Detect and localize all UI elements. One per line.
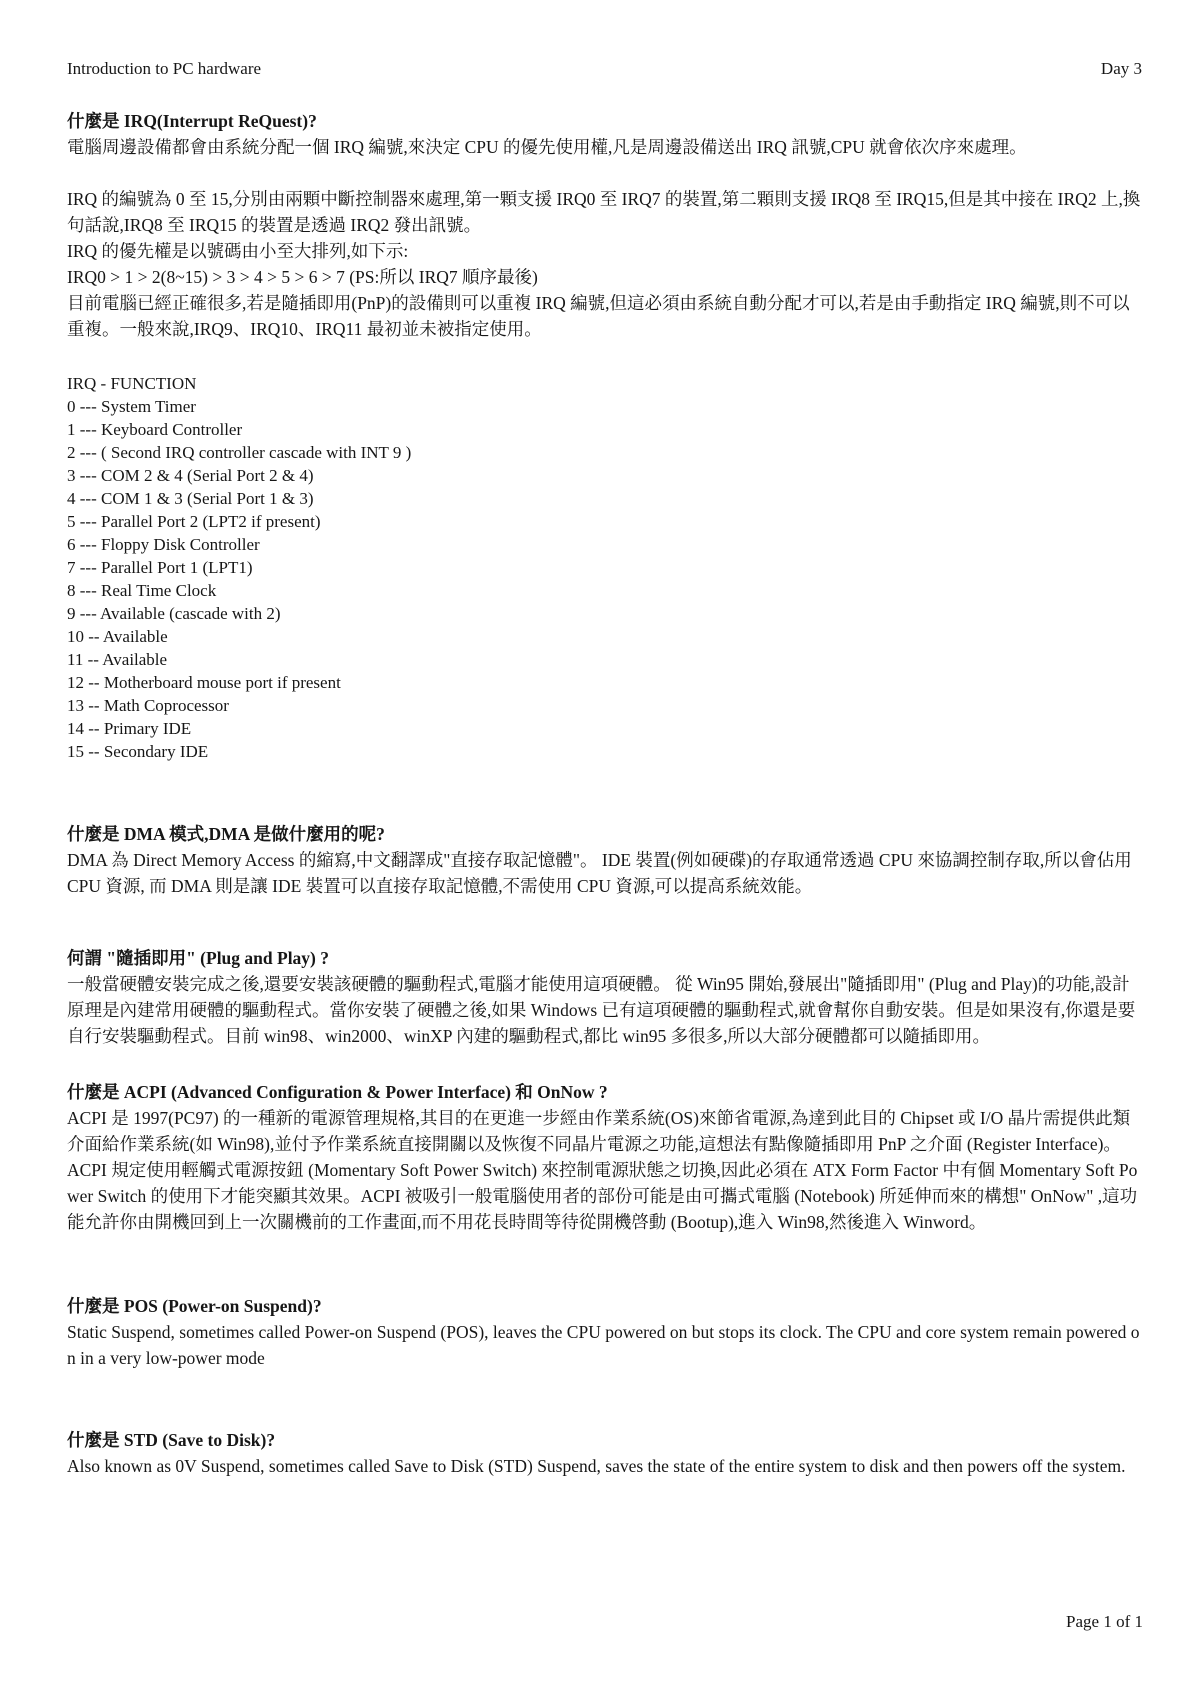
irq-table-row: 6 --- Floppy Disk Controller [67,533,1142,556]
document-title: Introduction to PC hardware [67,58,261,80]
section-pos: 什麼是 POS (Power-on Suspend)? Static Suspe… [67,1293,1142,1371]
section-pnp-heading: 何謂 "隨插即用" (Plug and Play) ? [67,945,1142,971]
page-number: Page 1 of 1 [1066,1612,1143,1632]
irq-priority-order: IRQ0 > 1 > 2(8~15) > 3 > 4 > 5 > 6 > 7 (… [67,264,1142,290]
irq-table-row: 9 --- Available (cascade with 2) [67,602,1142,625]
irq-table-row: 15 -- Secondary IDE [67,740,1142,763]
irq-table-row: 2 --- ( Second IRQ controller cascade wi… [67,441,1142,464]
irq-paragraph-5: 目前電腦已經正確很多,若是隨插即用(PnP)的設備則可以重複 IRQ 編號,但這… [67,290,1142,342]
section-std: 什麼是 STD (Save to Disk)? Also known as 0V… [67,1427,1142,1479]
irq-table-row: 12 -- Motherboard mouse port if present [67,671,1142,694]
irq-table-row: 4 --- COM 1 & 3 (Serial Port 1 & 3) [67,487,1142,510]
irq-table-title: IRQ - FUNCTION [67,372,1142,395]
document-page: Introduction to PC hardware Day 3 什麼是 IR… [0,0,1200,1698]
irq-table-row: 11 -- Available [67,648,1142,671]
section-irq-heading: 什麼是 IRQ(Interrupt ReQuest)? [67,108,1142,134]
irq-table-row: 10 -- Available [67,625,1142,648]
pnp-paragraph: 一般當硬體安裝完成之後,還要安裝該硬體的驅動程式,電腦才能使用這項硬體。 從 W… [67,971,1142,1049]
section-acpi-heading: 什麼是 ACPI (Advanced Configuration & Power… [67,1079,1142,1105]
section-pos-heading: 什麼是 POS (Power-on Suspend)? [67,1293,1142,1319]
document-header: Introduction to PC hardware Day 3 [67,58,1142,80]
irq-table-row: 13 -- Math Coprocessor [67,694,1142,717]
pos-paragraph: Static Suspend, sometimes called Power-o… [67,1319,1142,1371]
irq-table-row: 1 --- Keyboard Controller [67,418,1142,441]
irq-table-row: 8 --- Real Time Clock [67,579,1142,602]
irq-table-row: 0 --- System Timer [67,395,1142,418]
irq-table-row: 3 --- COM 2 & 4 (Serial Port 2 & 4) [67,464,1142,487]
irq-table-list: 0 --- System Timer1 --- Keyboard Control… [67,395,1142,763]
irq-paragraph-1: 電腦周邊設備都會由系統分配一個 IRQ 編號,來決定 CPU 的優先使用權,凡是… [67,134,1142,160]
irq-table-row: 7 --- Parallel Port 1 (LPT1) [67,556,1142,579]
irq-table-row: 5 --- Parallel Port 2 (LPT2 if present) [67,510,1142,533]
header-day-label: Day 3 [1101,58,1142,80]
section-irq-function-table: IRQ - FUNCTION 0 --- System Timer1 --- K… [67,372,1142,763]
section-std-heading: 什麼是 STD (Save to Disk)? [67,1427,1142,1453]
section-dma-heading: 什麼是 DMA 模式,DMA 是做什麼用的呢? [67,821,1142,847]
dma-paragraph: DMA 為 Direct Memory Access 的縮寫,中文翻譯成"直接存… [67,847,1142,899]
section-plug-and-play: 何謂 "隨插即用" (Plug and Play) ? 一般當硬體安裝完成之後,… [67,945,1142,1049]
section-irq: 什麼是 IRQ(Interrupt ReQuest)? 電腦周邊設備都會由系統分… [67,108,1142,342]
acpi-paragraph-2: ACPI 規定使用輕觸式電源按鈕 (Momentary Soft Power S… [67,1157,1142,1235]
irq-table-row: 14 -- Primary IDE [67,717,1142,740]
std-paragraph: Also known as 0V Suspend, sometimes call… [67,1453,1142,1479]
irq-paragraph-2: IRQ 的編號為 0 至 15,分別由兩顆中斷控制器來處理,第一顆支援 IRQ0… [67,186,1142,238]
acpi-paragraph-1: ACPI 是 1997(PC97) 的一種新的電源管理規格,其目的在更進一步經由… [67,1105,1142,1157]
section-acpi: 什麼是 ACPI (Advanced Configuration & Power… [67,1079,1142,1235]
irq-paragraph-3: IRQ 的優先權是以號碼由小至大排列,如下示: [67,238,1142,264]
section-dma: 什麼是 DMA 模式,DMA 是做什麼用的呢? DMA 為 Direct Mem… [67,821,1142,899]
